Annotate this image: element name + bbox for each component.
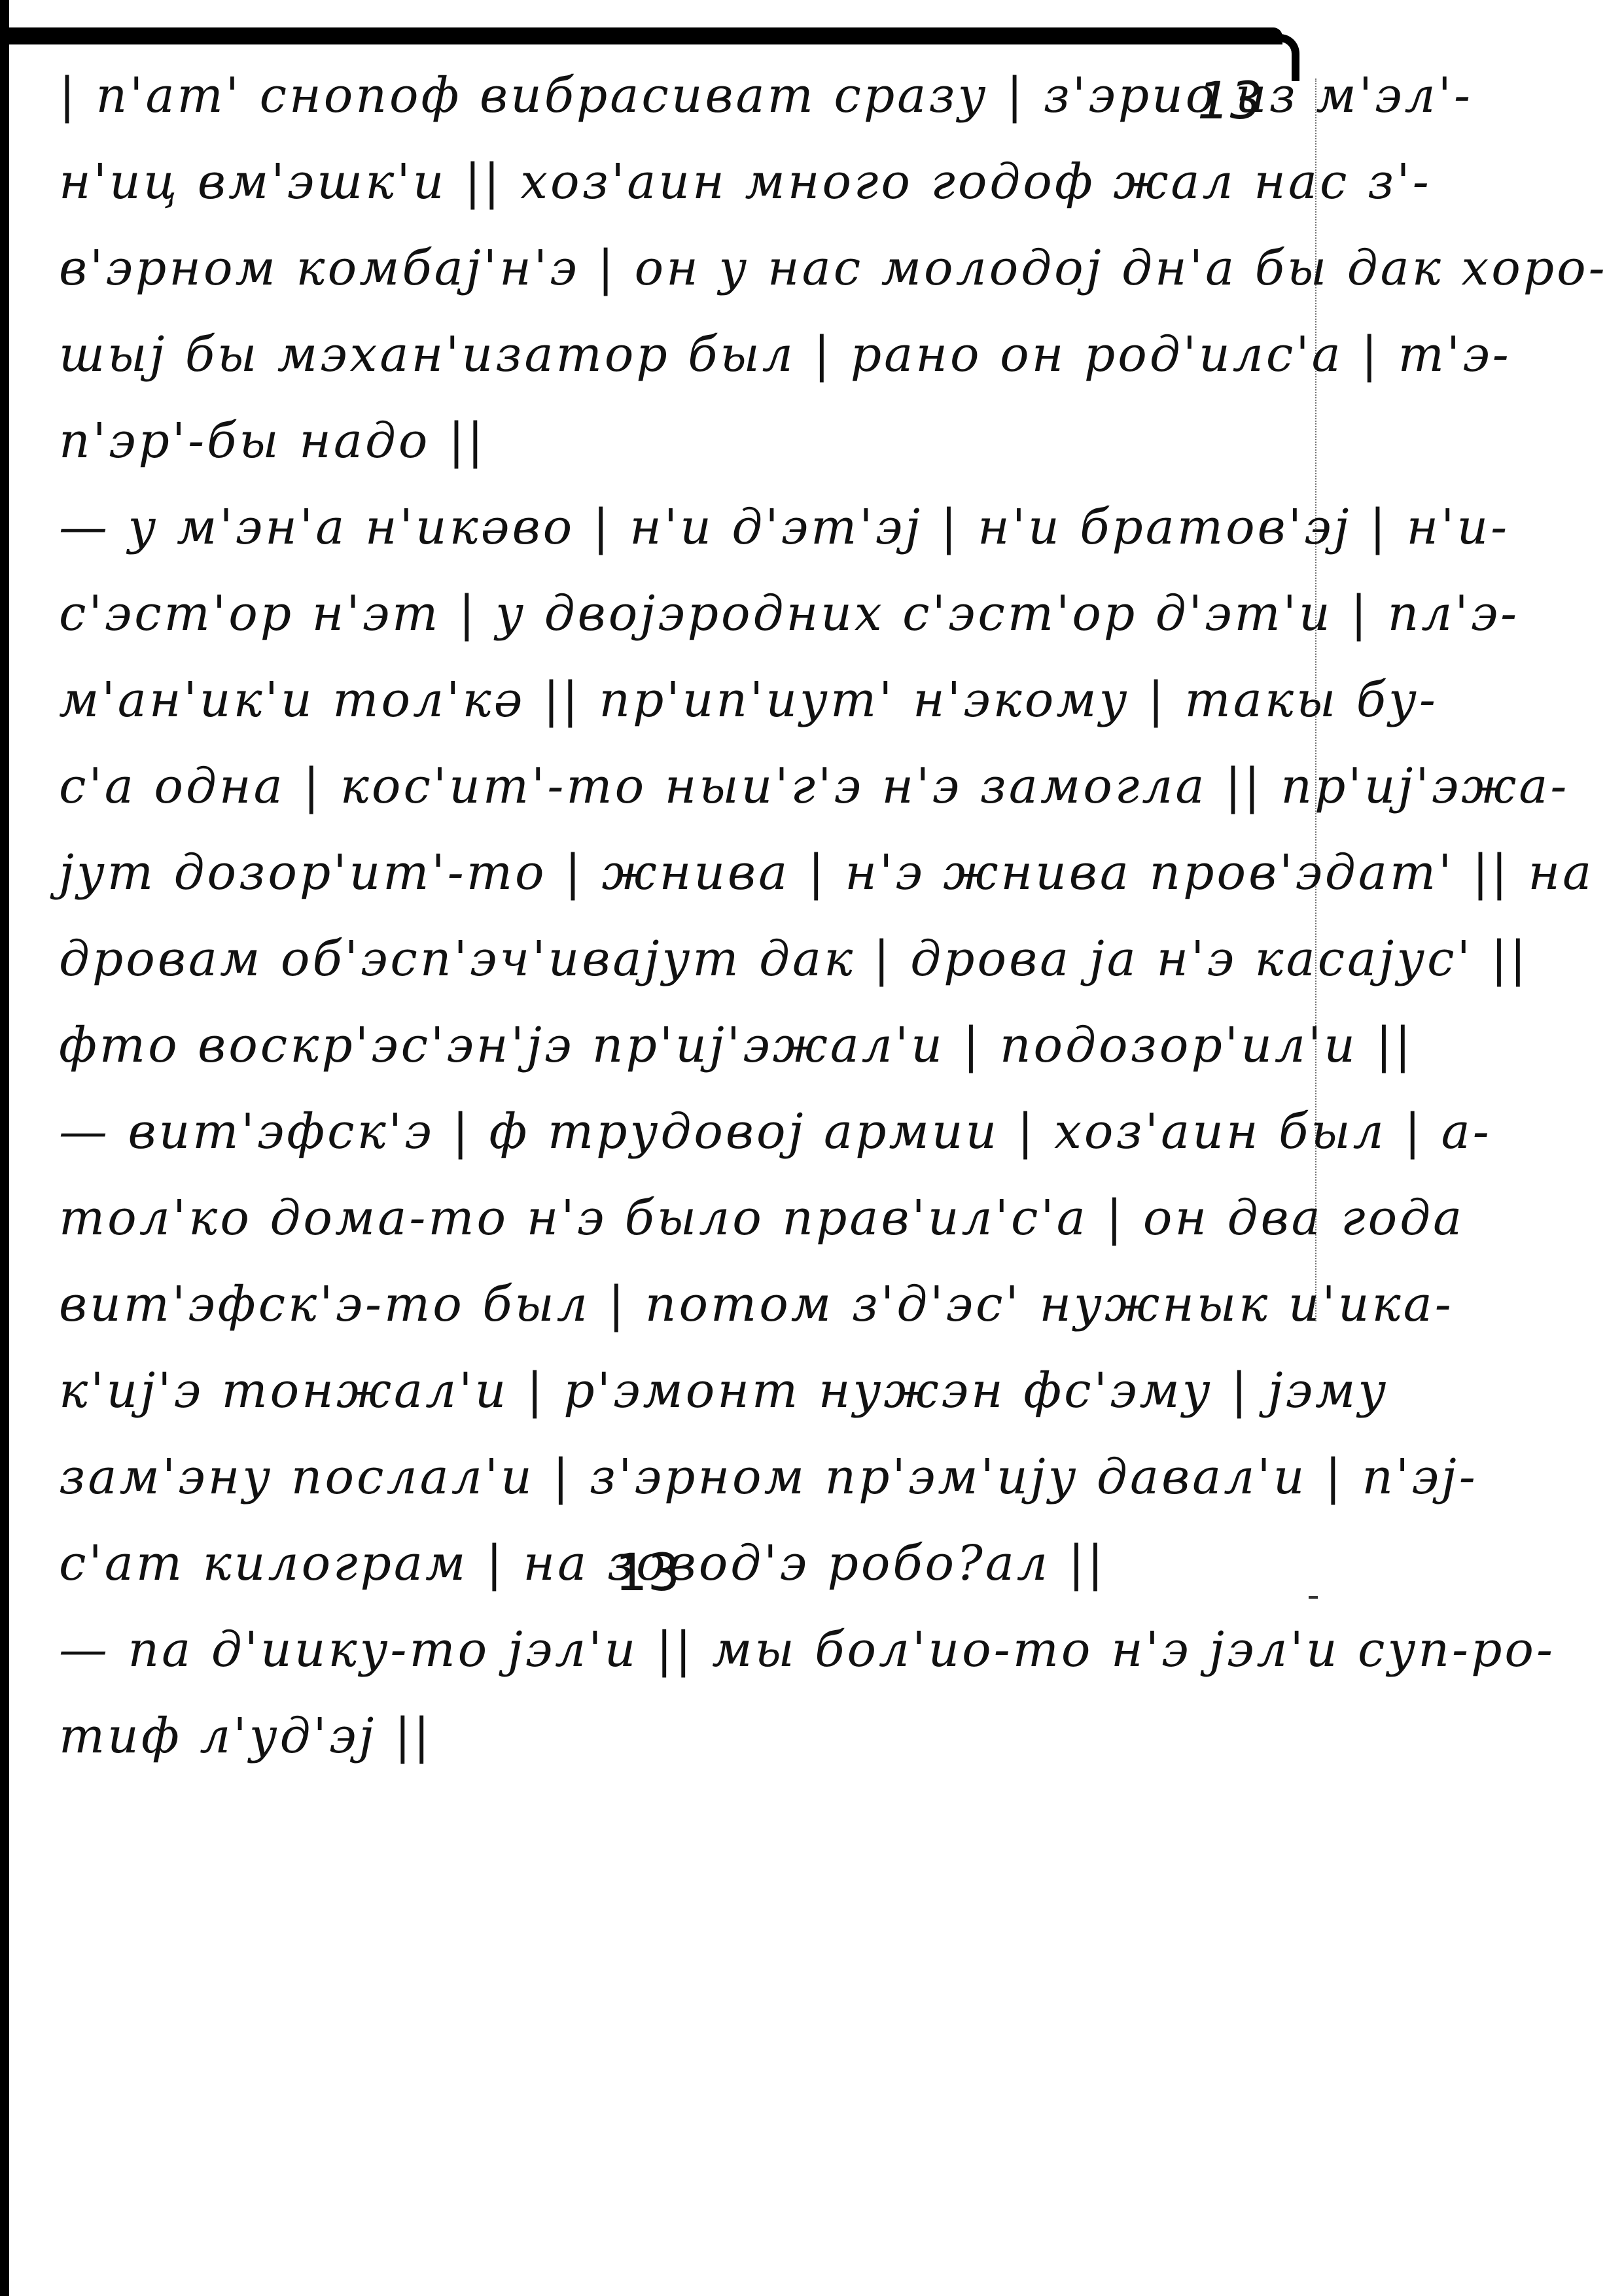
handwritten-text: | п'ат' снопоф вибрасиват сразу | з'эрио… [59, 52, 1302, 1779]
text-line: н'иц вм'эшк'и || хоз'аин много годоф жал… [59, 139, 1302, 225]
text-line: тиф л'уд'эј || [59, 1693, 1302, 1779]
text-line: с'эст'ор н'эт | у двојэродних с'эст'ор д… [59, 570, 1302, 657]
text-line: јут дозор'ит'-то | жнива | н'э жнива про… [59, 829, 1302, 916]
text-line: м'ан'ик'и тол'кә || пр'ип'иут' н'экому |… [59, 657, 1302, 743]
text-line: в'эрном комбај'н'э | он у нас молодој дн… [59, 225, 1302, 311]
text-line: с'ат килограм | на зовод'э робо?ал || [59, 1520, 1302, 1607]
scan-left-edge [0, 0, 9, 2296]
text-line: — па д'иику-то јэл'и || мы бол'ио-то н'э… [59, 1607, 1302, 1693]
text-line: вит'эфск'э-то был | потом з'д'эс' нужнык… [59, 1261, 1302, 1348]
text-line: с'а одна | кос'ит'-то ныи'г'э н'э замогл… [59, 743, 1302, 829]
text-line: тол'ко дома-то н'э было прав'ил'с'а | он… [59, 1175, 1302, 1261]
text-line: | п'ат' снопоф вибрасиват сразу | з'эрио… [59, 52, 1302, 139]
text-line: фто воскр'эс'эн'јэ пр'иј'эжал'и | подозо… [59, 1002, 1302, 1088]
text-line: — вит'эфск'э | ф трудовој армии | хоз'аи… [59, 1088, 1302, 1175]
edge-mark [1309, 1596, 1318, 1599]
text-line: дровам об'эсп'эч'иваjут дак | дрова ја н… [59, 916, 1302, 1002]
text-line: — у м'эн'а н'икәво | н'и д'эт'эј | н'и б… [59, 484, 1302, 570]
text-line: к'иј'э тонжал'и | р'эмонт нужэн фс'эму |… [59, 1348, 1302, 1434]
scan-top-border [0, 27, 1282, 44]
page-number: 13 [615, 1544, 680, 1603]
text-line: п'эр'-бы надо || [59, 398, 1302, 484]
text-line: зам'эну послал'и | з'эрном пр'эм'иjу дав… [59, 1434, 1302, 1520]
text-line: шыј бы мэхан'изатор был | рано он род'ил… [59, 311, 1302, 398]
